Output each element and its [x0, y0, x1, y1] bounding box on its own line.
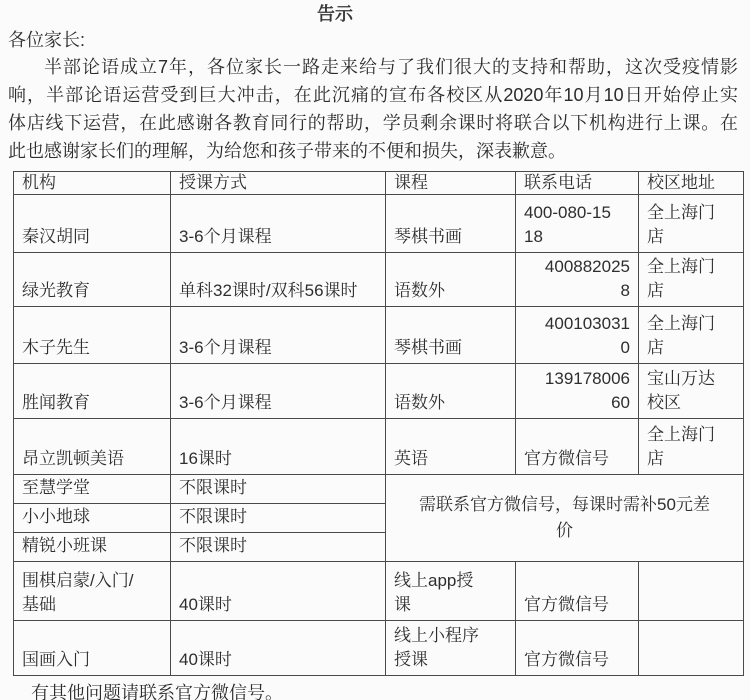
address-cell: 全上海门店 [639, 419, 744, 475]
phone-cell: 4001030310 [516, 307, 639, 364]
footer-note: 有其他问题请联系官方微信号。 [31, 681, 750, 700]
merged-note-cell: 需联系官方微信号，每课时需补50元差价 [386, 475, 744, 562]
phone-cell: 13917800660 [516, 364, 639, 419]
course-cell: 琴棋书画 [386, 195, 516, 253]
address-cell: 全上海门店 [639, 253, 744, 307]
org-cell: 昂立凯顿美语 [14, 419, 171, 475]
method-cell: 3-6个月课程 [171, 307, 386, 364]
paragraph-line-3: 体店线下运营，在此感谢各教育同行的帮助，学员剩余课时将联合以下机构进行上课。在 [8, 109, 738, 137]
page-title: 告示 [0, 3, 750, 25]
method-cell: 16课时 [171, 419, 386, 475]
table-row: 绿光教育 单科32课时/双科56课时 语数外 4008820258 全上海门店 [14, 253, 744, 307]
course-cell: 线上app授课 [386, 562, 516, 621]
address-cell [639, 562, 744, 621]
method-cell: 3-6个月课程 [171, 195, 386, 253]
header-row: 机构 授课方式 课程 联系电话 校区地址 [14, 172, 744, 195]
address-cell: 全上海门店 [639, 195, 744, 253]
table-row: 至慧学堂 不限课时 需联系官方微信号，每课时需补50元差价 [14, 475, 744, 504]
phone-cell: 官方微信号 [516, 562, 639, 621]
method-cell: 不限课时 [171, 533, 386, 562]
org-cell: 秦汉胡同 [14, 195, 171, 253]
table-row: 围棋启蒙/入门/基础 40课时 线上app授课 官方微信号 [14, 562, 744, 621]
method-cell: 单科32课时/双科56课时 [171, 253, 386, 307]
col-header-phone: 联系电话 [516, 172, 639, 195]
org-cell: 绿光教育 [14, 253, 171, 307]
course-cell: 英语 [386, 419, 516, 475]
method-cell: 40课时 [171, 562, 386, 621]
schedule-table: 机构 授课方式 课程 联系电话 校区地址 秦汉胡同 3-6个月课程 琴棋书画 4… [13, 171, 744, 676]
paragraph-line-1: 半部论语成立7年，各位家长一路走来给与了我们很大的支持和帮助，这次受疫情影 [8, 53, 738, 81]
org-cell: 胜闻教育 [14, 364, 171, 419]
course-cell: 语数外 [386, 364, 516, 419]
paragraph-line-4: 此也感谢家长们的理解，为给您和孩子带来的不便和损失，深表歉意。 [8, 137, 738, 165]
table-row: 秦汉胡同 3-6个月课程 琴棋书画 400-080-1518 全上海门店 [14, 195, 744, 253]
col-header-method: 授课方式 [171, 172, 386, 195]
paragraph-line-2: 响，半部论语运营受到巨大冲击，在此沉痛的宣布各校区从2020年10月10日开始停… [8, 81, 738, 109]
method-cell: 40课时 [171, 621, 386, 676]
org-cell: 围棋启蒙/入门/基础 [14, 562, 171, 621]
salutation: 各位家长: [8, 27, 750, 53]
col-header-course: 课程 [386, 172, 516, 195]
phone-cell: 400-080-1518 [516, 195, 639, 253]
col-header-institution: 机构 [14, 172, 171, 195]
address-cell: 宝山万达校区 [639, 364, 744, 419]
org-cell: 小小地球 [14, 504, 171, 533]
org-cell: 木子先生 [14, 307, 171, 364]
org-cell: 精锐小班课 [14, 533, 171, 562]
method-cell: 3-6个月课程 [171, 364, 386, 419]
course-cell: 琴棋书画 [386, 307, 516, 364]
org-cell: 至慧学堂 [14, 475, 171, 504]
address-cell: 全上海门店 [639, 307, 744, 364]
method-cell: 不限课时 [171, 504, 386, 533]
table-row: 国画入门 40课时 线上小程序授课 官方微信号 [14, 621, 744, 676]
phone-cell: 官方微信号 [516, 621, 639, 676]
table-row: 胜闻教育 3-6个月课程 语数外 13917800660 宝山万达校区 [14, 364, 744, 419]
col-header-address: 校区地址 [639, 172, 744, 195]
address-cell [639, 621, 744, 676]
notice-paragraph: 半部论语成立7年，各位家长一路走来给与了我们很大的支持和帮助，这次受疫情影 响，… [8, 53, 738, 165]
phone-cell: 官方微信号 [516, 419, 639, 475]
table-row: 木子先生 3-6个月课程 琴棋书画 4001030310 全上海门店 [14, 307, 744, 364]
course-cell: 线上小程序授课 [386, 621, 516, 676]
method-cell: 不限课时 [171, 475, 386, 504]
org-cell: 国画入门 [14, 621, 171, 676]
phone-cell: 4008820258 [516, 253, 639, 307]
notice-page: 告示 各位家长: 半部论语成立7年，各位家长一路走来给与了我们很大的支持和帮助，… [0, 3, 750, 700]
table-row: 昂立凯顿美语 16课时 英语 官方微信号 全上海门店 [14, 419, 744, 475]
course-cell: 语数外 [386, 253, 516, 307]
